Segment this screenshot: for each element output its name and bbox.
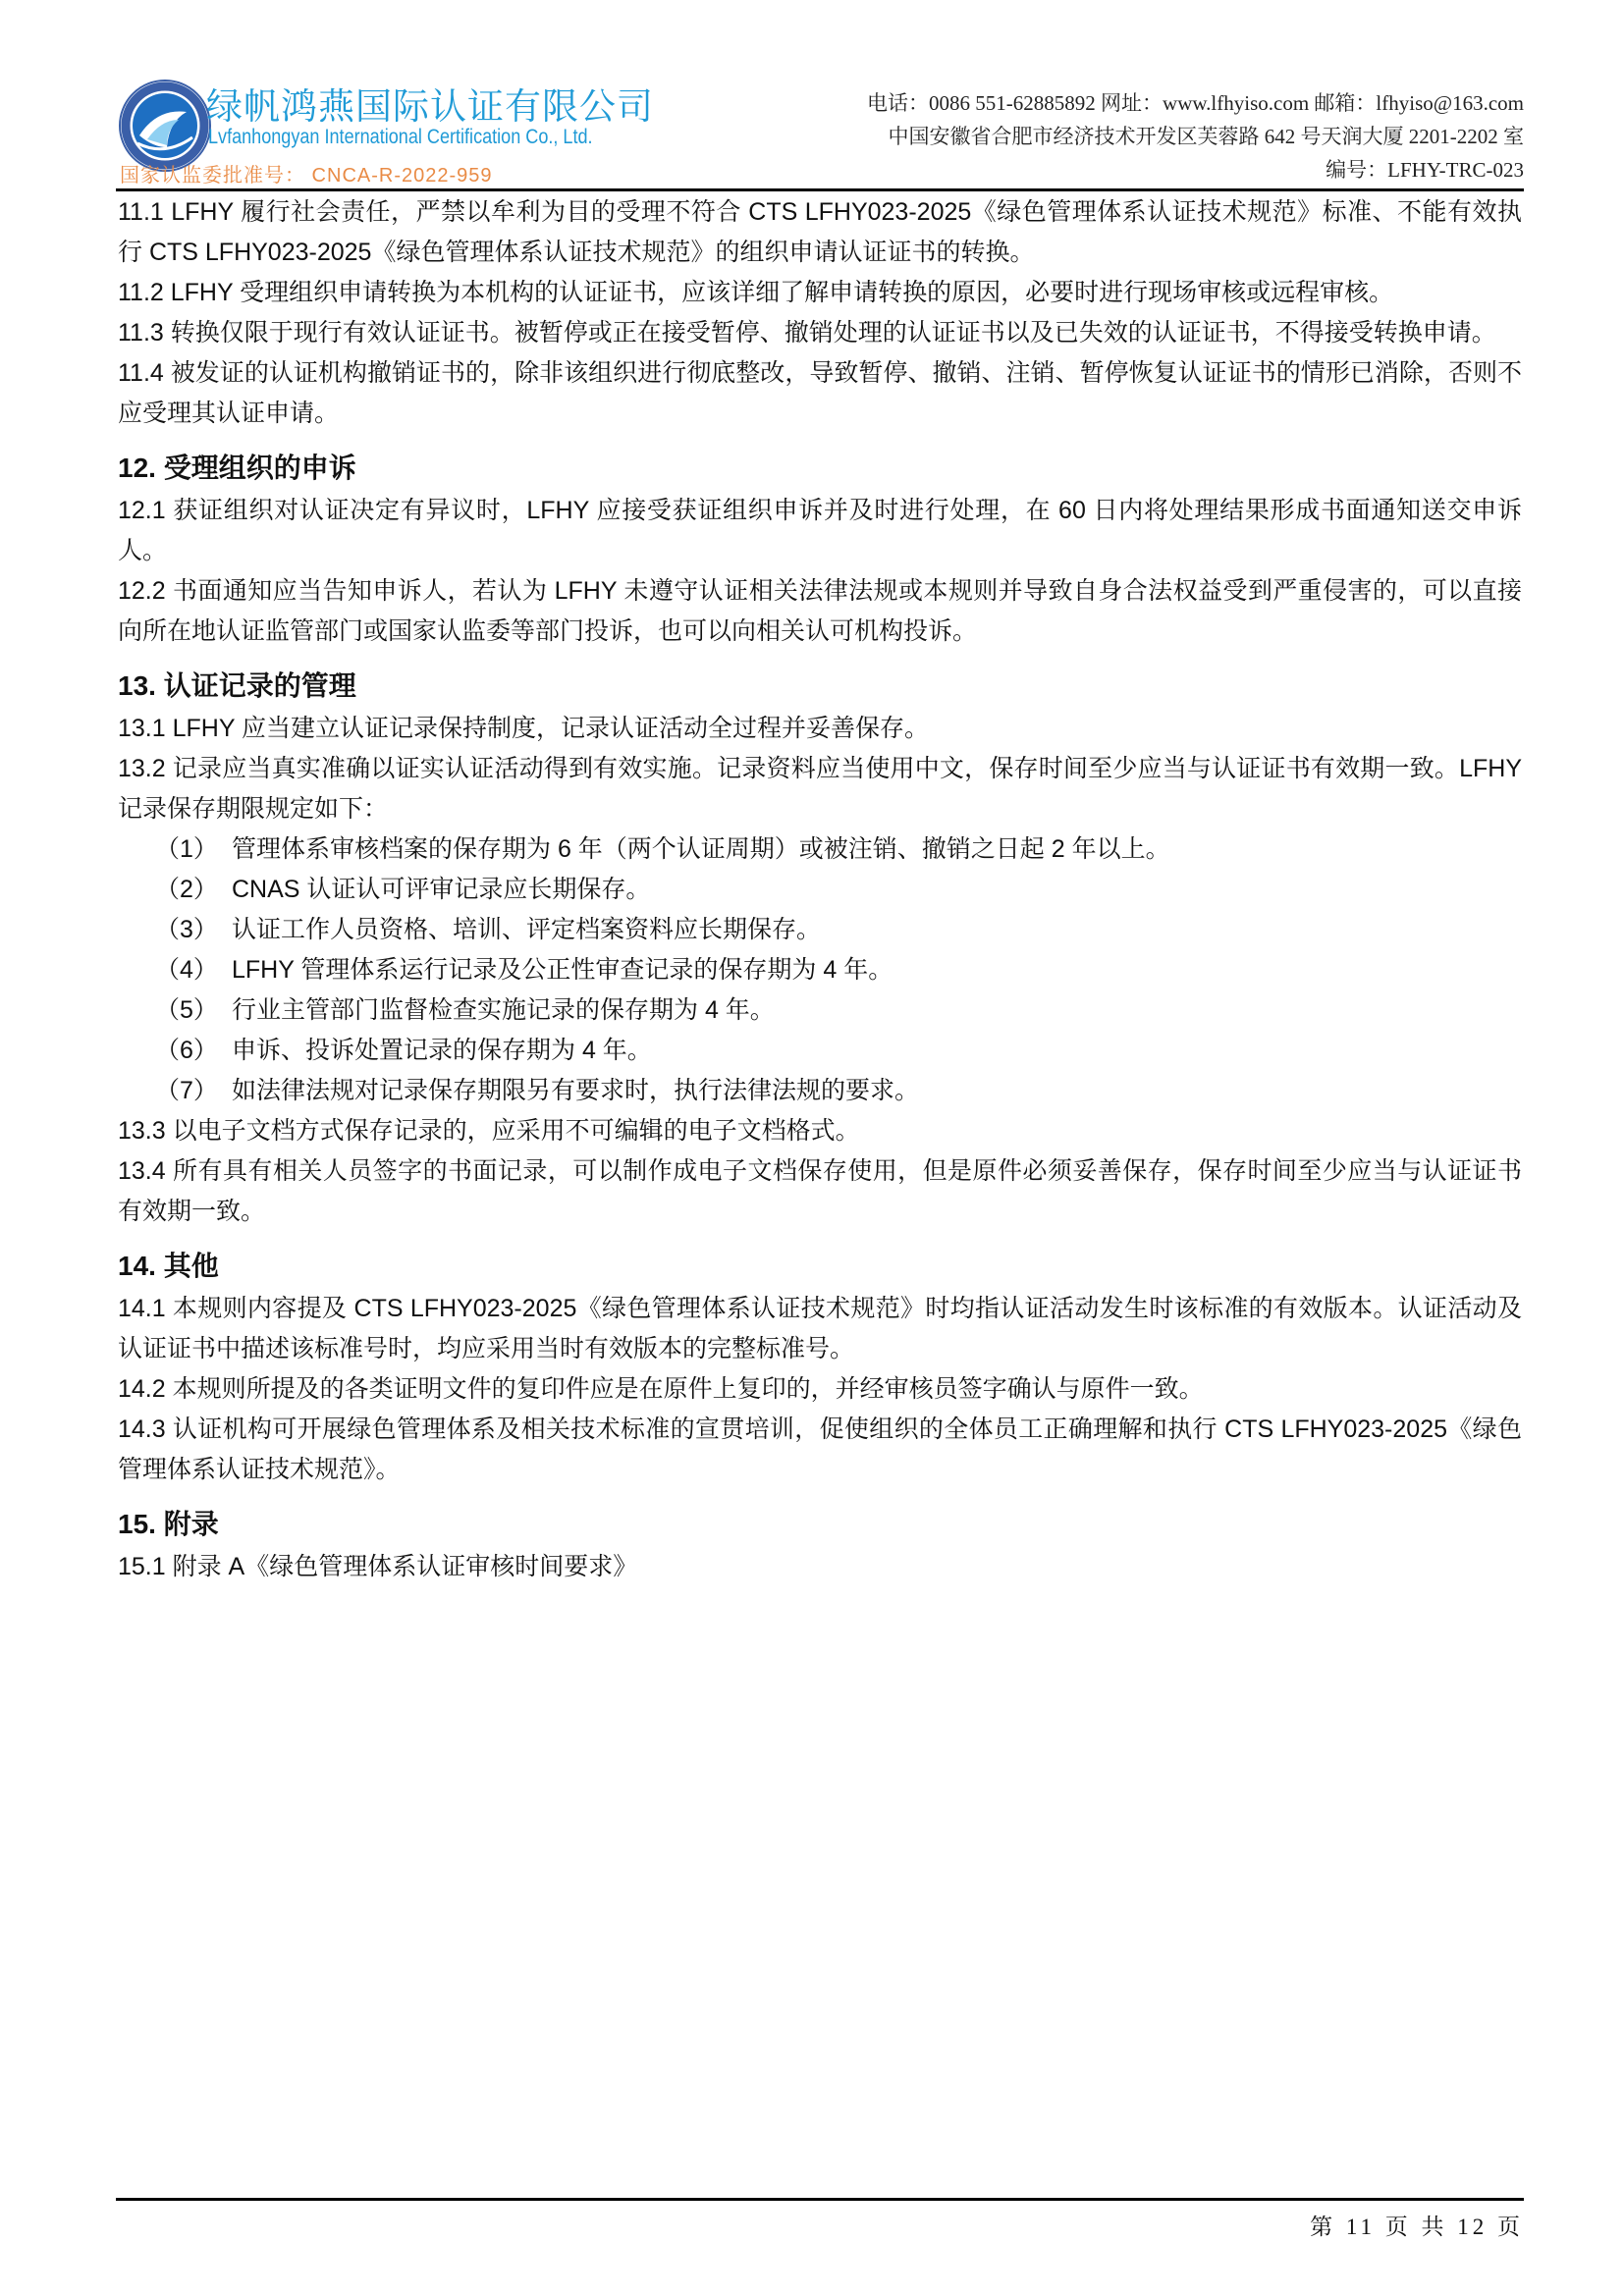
clause-11-2: 11.2 LFHY 受理组织申请转换为本机构的认证证书，应该详细了解申请转换的原… (118, 273, 1522, 313)
header-divider (116, 188, 1524, 191)
clause-15-1: 15.1 附录 A《绿色管理体系认证审核时间要求》 (118, 1547, 1522, 1587)
letterhead: 绿帆鸿燕国际认证有限公司 Lvfanhongyan International … (116, 75, 1524, 183)
contact-line: 电话：0086 551-62885892 网址：www.lfhyiso.com … (867, 86, 1524, 120)
document-page: 绿帆鸿燕国际认证有限公司 Lvfanhongyan International … (0, 0, 1624, 2296)
clause-14-2: 14.2 本规则所提及的各类证明文件的复印件应是在原件上复印的，并经审核员签字确… (118, 1369, 1522, 1410)
clause-11-1: 11.1 LFHY 履行社会责任，严禁以牟利为目的受理不符合 CTS LFHY0… (118, 192, 1522, 273)
list-item: （4）LFHY 管理体系运行记录及公正性审查记录的保存期为 4 年。 (118, 950, 1522, 990)
approval-number: 国家认监委批准号： CNCA-R-2022-959 (120, 159, 493, 187)
contact-block: 电话：0086 551-62885892 网址：www.lfhyiso.com … (867, 86, 1524, 187)
clause-13-1: 13.1 LFHY 应当建立认证记录保持制度，记录认证活动全过程并妥善保存。 (118, 709, 1522, 749)
section-heading-15: 15. 附录 (118, 1504, 1522, 1545)
company-name-en: Lvfanhongyan International Certification… (208, 126, 593, 149)
footer-divider (116, 2198, 1524, 2201)
section-heading-14: 14. 其他 (118, 1246, 1522, 1287)
document-number: 编号：LFHY-TRC-023 (867, 153, 1524, 187)
list-item: （2）CNAS 认证认可评审记录应长期保存。 (118, 870, 1522, 910)
list-item: （1）管理体系审核档案的保存期为 6 年（两个认证周期）或被注销、撤销之日起 2… (118, 829, 1522, 870)
list-item: （3）认证工作人员资格、培训、评定档案资料应长期保存。 (118, 910, 1522, 950)
section-heading-12: 12. 受理组织的申诉 (118, 448, 1522, 489)
clause-11-3: 11.3 转换仅限于现行有效认证证书。被暂停或正在接受暂停、撤销处理的认证证书以… (118, 313, 1522, 353)
section-heading-13: 13. 认证记录的管理 (118, 666, 1522, 707)
address-line: 中国安徽省合肥市经济技术开发区芙蓉路 642 号天润大厦 2201-2202 室 (867, 120, 1524, 153)
list-item: （6）申诉、投诉处置记录的保存期为 4 年。 (118, 1031, 1522, 1071)
clause-14-3: 14.3 认证机构可开展绿色管理体系及相关技术标准的宣贯培训，促使组织的全体员工… (118, 1410, 1522, 1490)
clause-12-1: 12.1 获证组织对认证决定有异议时，LFHY 应接受获证组织申诉并及时进行处理… (118, 491, 1522, 571)
company-name-cn: 绿帆鸿燕国际认证有限公司 (206, 77, 654, 130)
clause-14-1: 14.1 本规则内容提及 CTS LFHY023-2025《绿色管理体系认证技术… (118, 1289, 1522, 1369)
clause-12-2: 12.2 书面通知应当告知申诉人，若认为 LFHY 未遵守认证相关法律法规或本规… (118, 571, 1522, 652)
list-item: （5）行业主管部门监督检查实施记录的保存期为 4 年。 (118, 990, 1522, 1031)
page-number: 第 11 页 共 12 页 (1310, 2209, 1524, 2241)
clause-13-3: 13.3 以电子文档方式保存记录的，应采用不可编辑的电子文档格式。 (118, 1111, 1522, 1151)
clause-13-4: 13.4 所有具有相关人员签字的书面记录，可以制作成电子文档保存使用，但是原件必… (118, 1151, 1522, 1232)
clause-13-2: 13.2 记录应当真实准确以证实认证活动得到有效实施。记录资料应当使用中文，保存… (118, 749, 1522, 829)
list-item: （7）如法律法规对记录保存期限另有要求时，执行法律法规的要求。 (118, 1071, 1522, 1111)
clause-11-4: 11.4 被发证的认证机构撤销证书的，除非该组织进行彻底整改，导致暂停、撤销、注… (118, 353, 1522, 434)
document-body: 11.1 LFHY 履行社会责任，严禁以牟利为目的受理不符合 CTS LFHY0… (118, 192, 1522, 1587)
